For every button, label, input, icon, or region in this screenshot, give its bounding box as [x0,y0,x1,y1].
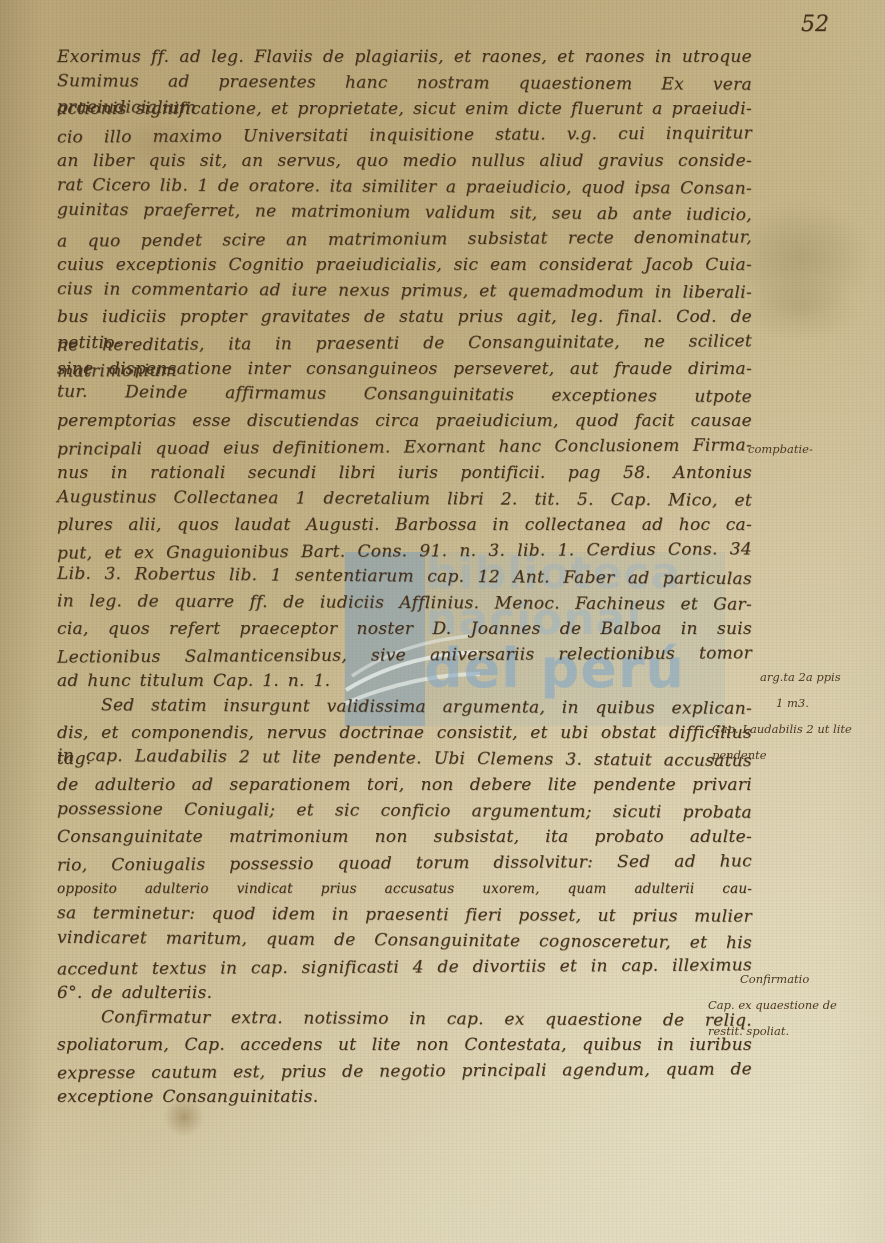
margin-note-line: Confirmatio [708,966,883,992]
bleedthrough-smudge [742,278,857,340]
margin-note-line: compbatie- [748,436,878,462]
manuscript-line: expresse cautum est, prius de negotio pr… [57,1056,752,1086]
manuscript-line: cius in commentario ad iure nexus primus… [57,276,752,306]
margin-note-line: arg.ta 2a ppis [712,664,884,690]
manuscript-line: guinitas praeferret, ne matrimonium vali… [57,197,752,228]
manuscript-line: bus iudiciis propter gravitates de statu… [57,304,752,330]
manuscript-line: ad hunc titulum Cap. 1. n. 1. [57,668,752,694]
manuscript-line: ne hereditatis, ita in praesenti de Cons… [57,328,752,358]
manuscript-line: 6°. de adulteriis. [57,980,752,1006]
manuscript-line: cuius exceptionis Cognitio praeiudiciali… [57,252,752,278]
manuscript-line: Sumimus ad praesentes hanc nostram quaes… [57,68,752,98]
manuscript-line: vindicaret maritum, quam de Consanguinit… [57,925,752,956]
manuscript-line: spoliatorum, Cap. accedens ut lite non C… [57,1032,752,1058]
margin-note-argumentum: arg.ta 2a ppis1 m3.Cap. Laudabilis 2 ut … [712,664,884,768]
manuscript-line: plures alii, quos laudat Augusti. Barbos… [57,512,752,538]
manuscript-line: in leg. de quarre ff. de iudiciis Afflin… [57,588,752,618]
manuscript-line: a quo pendet scire an matrimonium subsis… [57,224,752,254]
margin-note-line: 1 m3. [712,690,884,716]
manuscript-line: principali quoad eius definitionem. Exor… [57,432,752,462]
manuscript-line: de adulterio ad separationem tori, non d… [57,772,752,798]
manuscript-line: Lectionibus Salmanticensibus, sive anive… [57,640,752,670]
manuscript-line: actionis significatione, et proprietate,… [57,96,752,122]
margin-note-confirmatio: ConfirmatioCap. ex quaestione derestit. … [708,966,883,1044]
manuscript-line: Consanguinitate matrimonium non subsista… [57,824,752,850]
manuscript-line: tur. Deinde affirmamus Consanguinitatis … [57,379,752,410]
margin-note-line: Cap. Laudabilis 2 ut lite [712,716,884,742]
manuscript-line: nus in rationali secundi libri iuris pon… [57,460,752,486]
manuscript-page: biblioteca nacional del perú Exorimus ff… [0,0,885,1243]
manuscript-line: possessione Coniugali; et sic conficio a… [57,796,752,826]
margin-note-line: restit. spoliat. [708,1018,883,1044]
page-number: 52 [801,12,829,37]
manuscript-line: an liber quis sit, an servus, quo medio … [57,148,752,174]
manuscript-line: cio illo maximo Universitati inquisition… [57,120,752,150]
manuscript-line: peremptorias esse discutiendas circa pra… [57,408,752,434]
manuscript-line: Sed statim insurgunt validissima argumen… [57,692,752,722]
margin-note-line: Cap. ex quaestione de [708,992,883,1018]
manuscript-line: sine dispensatione inter consanguineos p… [57,356,752,382]
manuscript-line: exceptione Consanguinitatis. [57,1084,752,1110]
manuscript-line: dis, et componendis, nervus doctrinae co… [57,720,752,746]
margin-note-line: pendente [712,742,884,768]
manuscript-line: in cap. Laudabilis 2 ut lite pendente. U… [57,743,752,774]
manuscript-line: rio, Coniugalis possessio quoad torum di… [57,848,752,878]
manuscript-line: cia, quos refert praeceptor noster D. Jo… [57,616,752,642]
manuscript-text-block: Exorimus ff. ad leg. Flaviis de plagiari… [57,44,752,1110]
manuscript-line: opposito adulterio vindicat prius accusa… [57,876,752,902]
margin-note-comprobatur: compbatie- [748,436,878,462]
manuscript-line: accedunt textus in cap. significasti 4 d… [57,952,752,982]
manuscript-line: Augustinus Collectanea 1 decretalium lib… [57,484,752,514]
manuscript-line: Confirmatur extra. notissimo in cap. ex … [57,1004,752,1034]
manuscript-line: Lib. 3. Robertus lib. 1 sententiarum cap… [57,561,752,592]
manuscript-line: Exorimus ff. ad leg. Flaviis de plagiari… [57,44,752,70]
